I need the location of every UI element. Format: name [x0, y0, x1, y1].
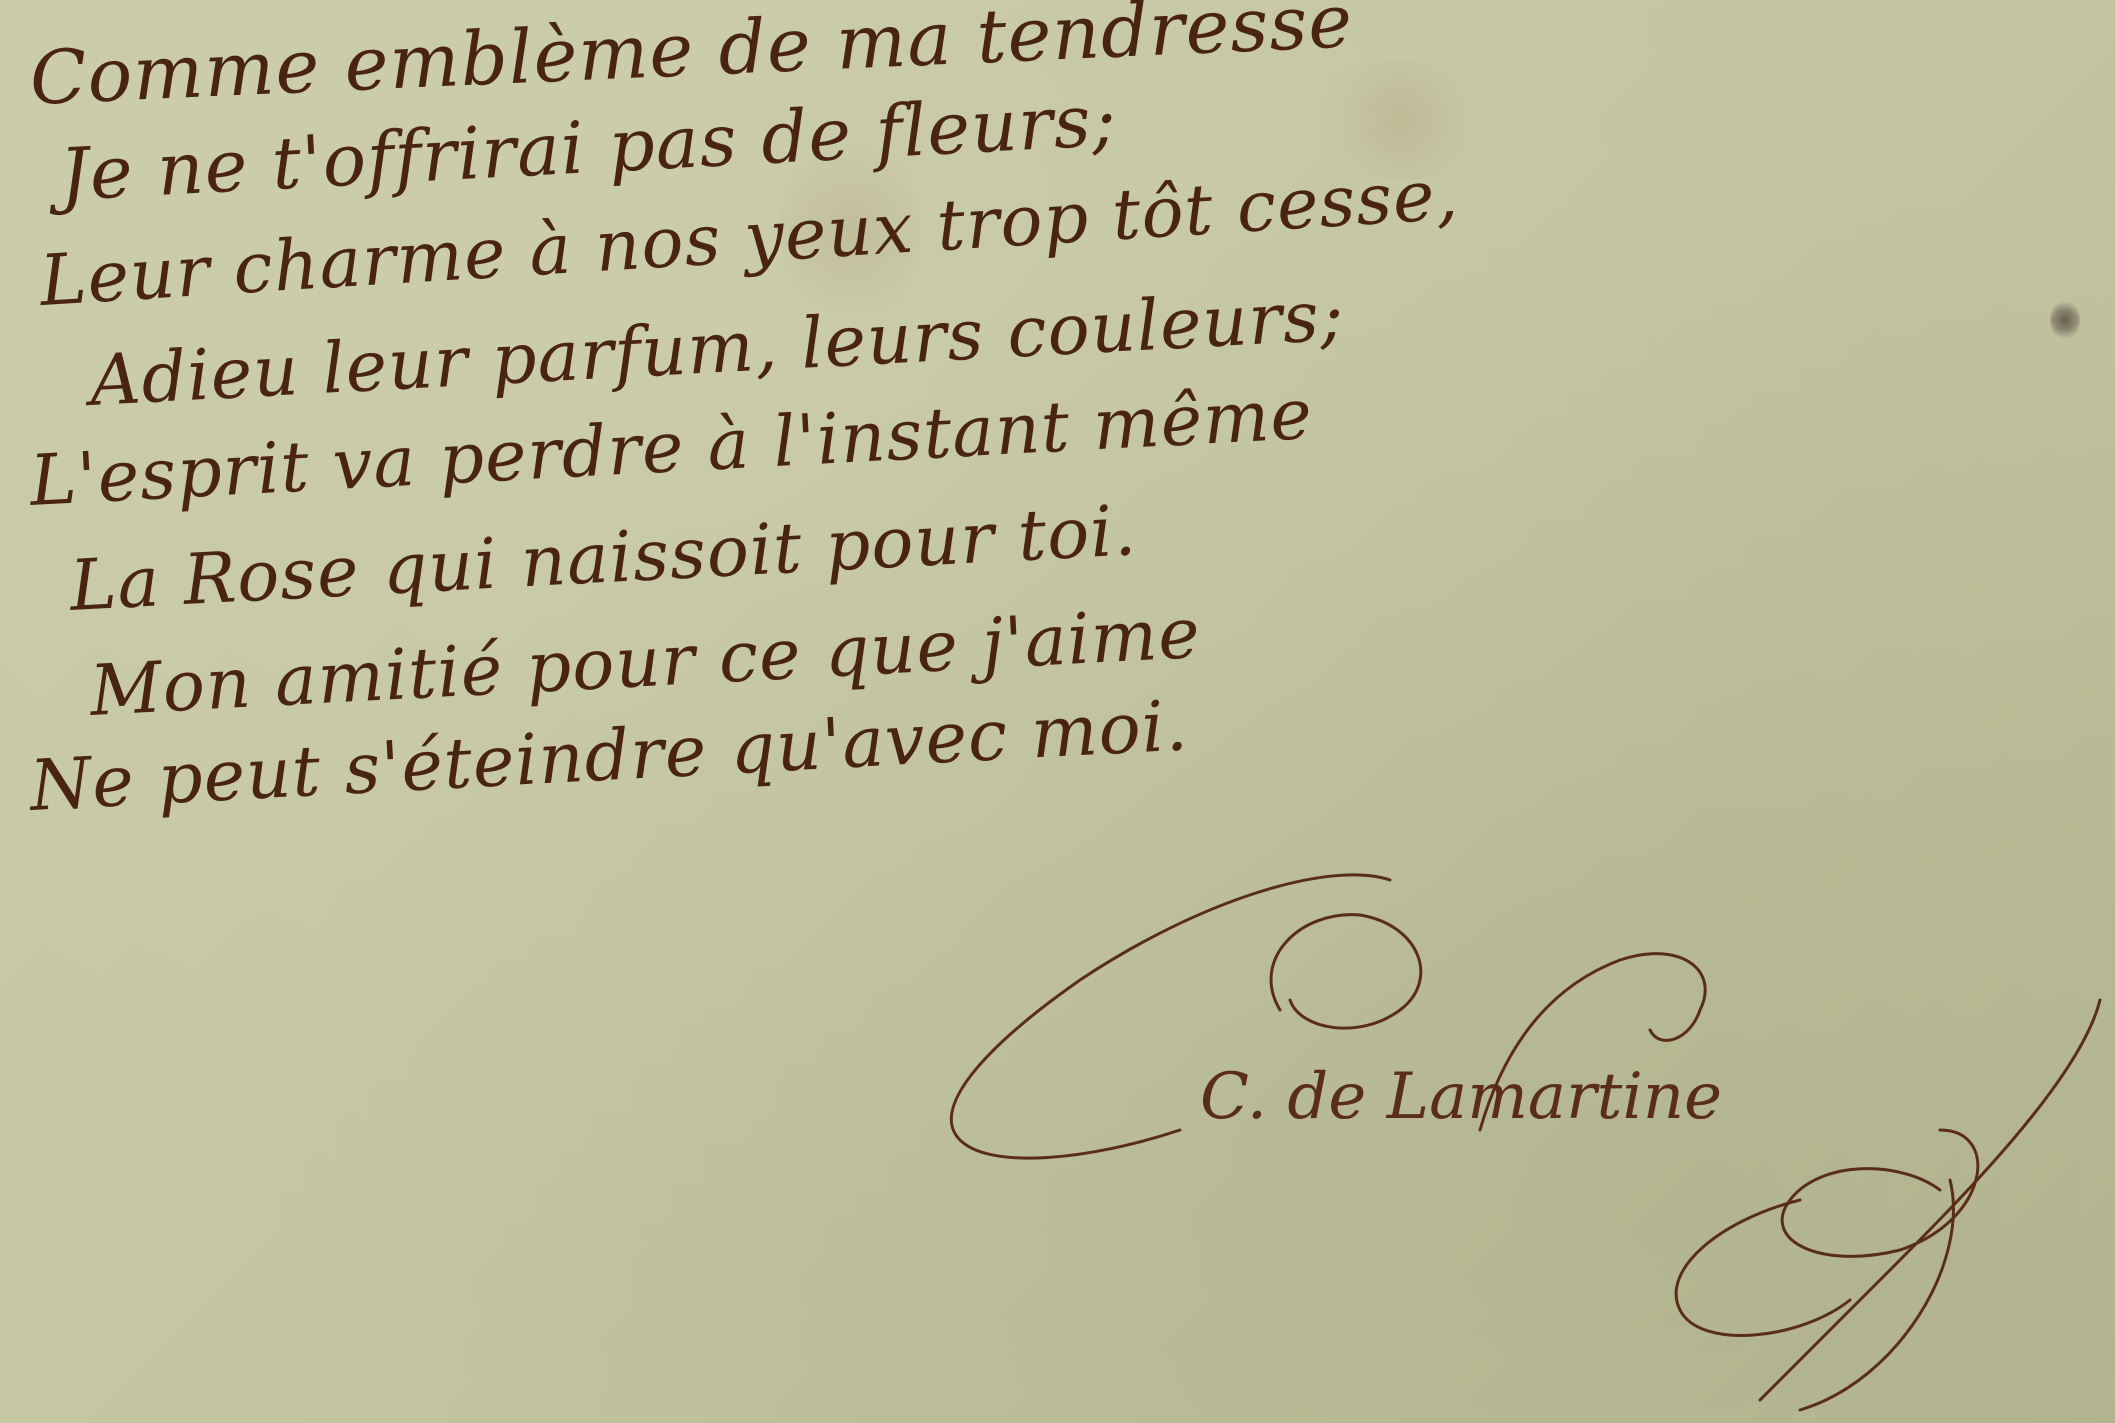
signature: C. de Lamartine: [1200, 1060, 1722, 1134]
signature-flourish-icon: [0, 0, 2115, 1423]
